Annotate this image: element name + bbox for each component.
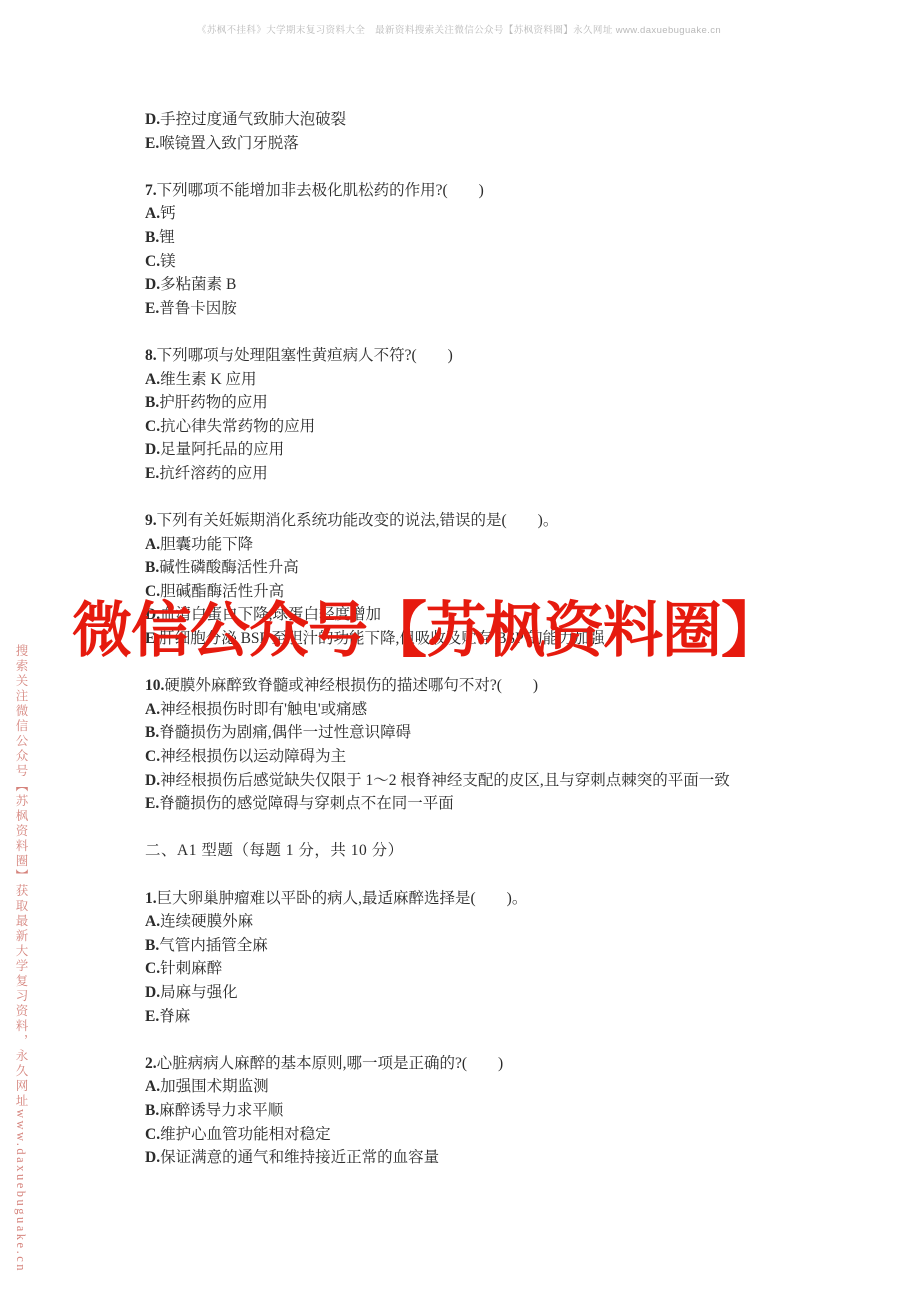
question-stem: 下列有关妊娠期消化系统功能改变的说法,错误的是( )。: [157, 512, 559, 529]
option-line: A.胆囊功能下降: [145, 533, 890, 557]
option-text: 胆囊功能下降: [160, 536, 253, 553]
question-stem: 下列哪项不能增加非去极化肌松药的作用?( ): [157, 182, 484, 199]
question-number: 10.: [145, 677, 164, 694]
option-text: 连续硬膜外麻: [160, 913, 253, 930]
option-line: A.连续硬膜外麻: [145, 910, 890, 934]
option-line: D.保证满意的通气和维持接近正常的血容量: [145, 1146, 890, 1170]
option-text: 神经根损伤后感觉缺失仅限于 1～2 根脊神经支配的皮区,且与穿刺点棘突的平面一致: [160, 772, 730, 789]
option-line: B.护肝药物的应用: [145, 391, 890, 415]
option-line: B.麻醉诱导力求平顺: [145, 1099, 890, 1123]
option-text: 神经根损伤以运动障碍为主: [160, 748, 346, 765]
option-label: A.: [145, 1078, 160, 1095]
option-text: 护肝药物的应用: [159, 394, 268, 411]
option-line: E.脊麻: [145, 1005, 890, 1029]
section-title: 二、A1 型题（每题 1 分，共 10 分）: [145, 842, 404, 859]
option-text: 加强围术期监测: [160, 1078, 269, 1095]
option-text: 神经根损伤时即有'触电'或痛感: [160, 701, 367, 718]
question-stem: 下列哪项与处理阻塞性黄疸病人不符?( ): [157, 347, 453, 364]
option-label: A.: [145, 701, 160, 718]
page-header-watermark: 《苏枫不挂科》大学期末复习资料大全 最新资料搜索关注微信公众号【苏枫资料圈】永久…: [0, 22, 918, 36]
question-stem-line: 1.巨大卵巢肿瘤难以平卧的病人,最适麻醉选择是( )。: [145, 887, 890, 911]
option-label: E.: [145, 135, 159, 152]
exam-page: 《苏枫不挂科》大学期末复习资料大全 最新资料搜索关注微信公众号【苏枫资料圈】永久…: [0, 0, 918, 1298]
red-watermark-horizontal: 微信公众号【苏枫资料圈】: [72, 592, 780, 670]
option-line: D.足量阿托品的应用: [145, 438, 890, 462]
option-line: D.多粘菌素 B: [145, 273, 890, 297]
option-line: B.锂: [145, 226, 890, 250]
question-block: 1.巨大卵巢肿瘤难以平卧的病人,最适麻醉选择是( )。A.连续硬膜外麻B.气管内…: [145, 887, 890, 1029]
option-text: 脊髓损伤的感觉障碍与穿刺点不在同一平面: [159, 795, 454, 812]
option-line: E.普鲁卡因胺: [145, 297, 890, 321]
option-line: B.气管内插管全麻: [145, 934, 890, 958]
option-label: D.: [145, 111, 160, 128]
option-line: D.局麻与强化: [145, 981, 890, 1005]
question-number: 1.: [145, 890, 157, 907]
question-block: 2.心脏病病人麻醉的基本原则,哪一项是正确的?( )A.加强围术期监测B.麻醉诱…: [145, 1052, 890, 1170]
option-line: B.脊髓损伤为剧痛,偶伴一过性意识障碍: [145, 721, 890, 745]
option-label: C.: [145, 960, 160, 977]
question-stem: 巨大卵巢肿瘤难以平卧的病人,最适麻醉选择是( )。: [157, 890, 528, 907]
option-text: 抗心律失常药物的应用: [160, 418, 315, 435]
question-number: 9.: [145, 512, 157, 529]
option-text: 喉镜置入致门牙脱落: [159, 135, 299, 152]
option-label: B.: [145, 937, 159, 954]
option-line: C.维护心血管功能相对稳定: [145, 1123, 890, 1147]
option-text: 手控过度通气致肺大泡破裂: [160, 111, 346, 128]
option-text: 多粘菌素 B: [160, 276, 236, 293]
option-text: 针刺麻醉: [160, 960, 222, 977]
option-text: 保证满意的通气和维持接近正常的血容量: [160, 1149, 439, 1166]
option-label: E.: [145, 1008, 159, 1025]
red-watermark-vertical: 搜索关注微信公众号【苏枫资料圈】获取最新大学复习资料，永久网址www.daxue…: [12, 644, 30, 1084]
option-label: B.: [145, 724, 159, 741]
option-line: C.神经根损伤以运动障碍为主: [145, 745, 890, 769]
section-heading-line: 二、A1 型题（每题 1 分，共 10 分）: [145, 839, 890, 863]
question-number: 2.: [145, 1055, 157, 1072]
option-text: 维护心血管功能相对稳定: [160, 1126, 331, 1143]
option-label: A.: [145, 913, 160, 930]
option-label: D.: [145, 1149, 160, 1166]
option-line: D.神经根损伤后感觉缺失仅限于 1～2 根脊神经支配的皮区,且与穿刺点棘突的平面…: [145, 769, 890, 793]
option-line: A.神经根损伤时即有'触电'或痛感: [145, 698, 890, 722]
option-label: A.: [145, 205, 160, 222]
option-label: E.: [145, 465, 159, 482]
question-stem: 硬膜外麻醉致脊髓或神经根损伤的描述哪句不对?( ): [164, 677, 538, 694]
option-label: B.: [145, 1102, 159, 1119]
option-line: C.镁: [145, 250, 890, 274]
option-label: C.: [145, 253, 160, 270]
option-label: B.: [145, 229, 159, 246]
option-text: 脊髓损伤为剧痛,偶伴一过性意识障碍: [159, 724, 411, 741]
question-block: 10.硬膜外麻醉致脊髓或神经根损伤的描述哪句不对?( )A.神经根损伤时即有'触…: [145, 674, 890, 816]
question-stem-line: 7.下列哪项不能增加非去极化肌松药的作用?( ): [145, 179, 890, 203]
option-label: A.: [145, 536, 160, 553]
option-label: E.: [145, 795, 159, 812]
option-text: 足量阿托品的应用: [160, 441, 284, 458]
option-text: 麻醉诱导力求平顺: [159, 1102, 283, 1119]
question-stem: 心脏病病人麻醉的基本原则,哪一项是正确的?( ): [157, 1055, 504, 1072]
option-label: E.: [145, 300, 159, 317]
option-label: D.: [145, 772, 160, 789]
option-text: 局麻与强化: [160, 984, 238, 1001]
option-text: 脊麻: [159, 1008, 190, 1025]
option-line: A.钙: [145, 202, 890, 226]
option-label: A.: [145, 371, 160, 388]
option-label: D.: [145, 276, 160, 293]
option-label: D.: [145, 441, 160, 458]
option-line: E.喉镜置入致门牙脱落: [145, 132, 890, 156]
option-label: C.: [145, 748, 160, 765]
option-line: E.脊髓损伤的感觉障碍与穿刺点不在同一平面: [145, 792, 890, 816]
option-text: 普鲁卡因胺: [159, 300, 237, 317]
question-stem-line: 10.硬膜外麻醉致脊髓或神经根损伤的描述哪句不对?( ): [145, 674, 890, 698]
option-label: C.: [145, 418, 160, 435]
option-line: C.抗心律失常药物的应用: [145, 415, 890, 439]
option-label: B.: [145, 559, 159, 576]
question-stem-line: 2.心脏病病人麻醉的基本原则,哪一项是正确的?( ): [145, 1052, 890, 1076]
option-label: B.: [145, 394, 159, 411]
option-text: 锂: [159, 229, 175, 246]
question-stem-line: 8.下列哪项与处理阻塞性黄疸病人不符?( ): [145, 344, 890, 368]
question-number: 7.: [145, 182, 157, 199]
option-text: 碱性磷酸酶活性升高: [159, 559, 299, 576]
option-text: 气管内插管全麻: [159, 937, 268, 954]
option-line: A.维生素 K 应用: [145, 368, 890, 392]
option-line: C.针刺麻醉: [145, 957, 890, 981]
question-block: 7.下列哪项不能增加非去极化肌松药的作用?( )A.钙B.锂C.镁D.多粘菌素 …: [145, 179, 890, 321]
question-stem-line: 9.下列有关妊娠期消化系统功能改变的说法,错误的是( )。: [145, 509, 890, 533]
options-block: D.手控过度通气致肺大泡破裂E.喉镜置入致门牙脱落: [145, 108, 890, 155]
option-text: 维生素 K 应用: [160, 371, 256, 388]
option-line: A.加强围术期监测: [145, 1075, 890, 1099]
option-label: D.: [145, 984, 160, 1001]
option-text: 钙: [160, 205, 176, 222]
option-line: D.手控过度通气致肺大泡破裂: [145, 108, 890, 132]
question-block: 8.下列哪项与处理阻塞性黄疸病人不符?( )A.维生素 K 应用B.护肝药物的应…: [145, 344, 890, 486]
option-text: 镁: [160, 253, 176, 270]
section-heading-block: 二、A1 型题（每题 1 分，共 10 分）: [145, 839, 890, 863]
option-line: E.抗纤溶药的应用: [145, 462, 890, 486]
option-line: B.碱性磷酸酶活性升高: [145, 556, 890, 580]
option-text: 抗纤溶药的应用: [159, 465, 268, 482]
question-number: 8.: [145, 347, 157, 364]
option-label: C.: [145, 1126, 160, 1143]
